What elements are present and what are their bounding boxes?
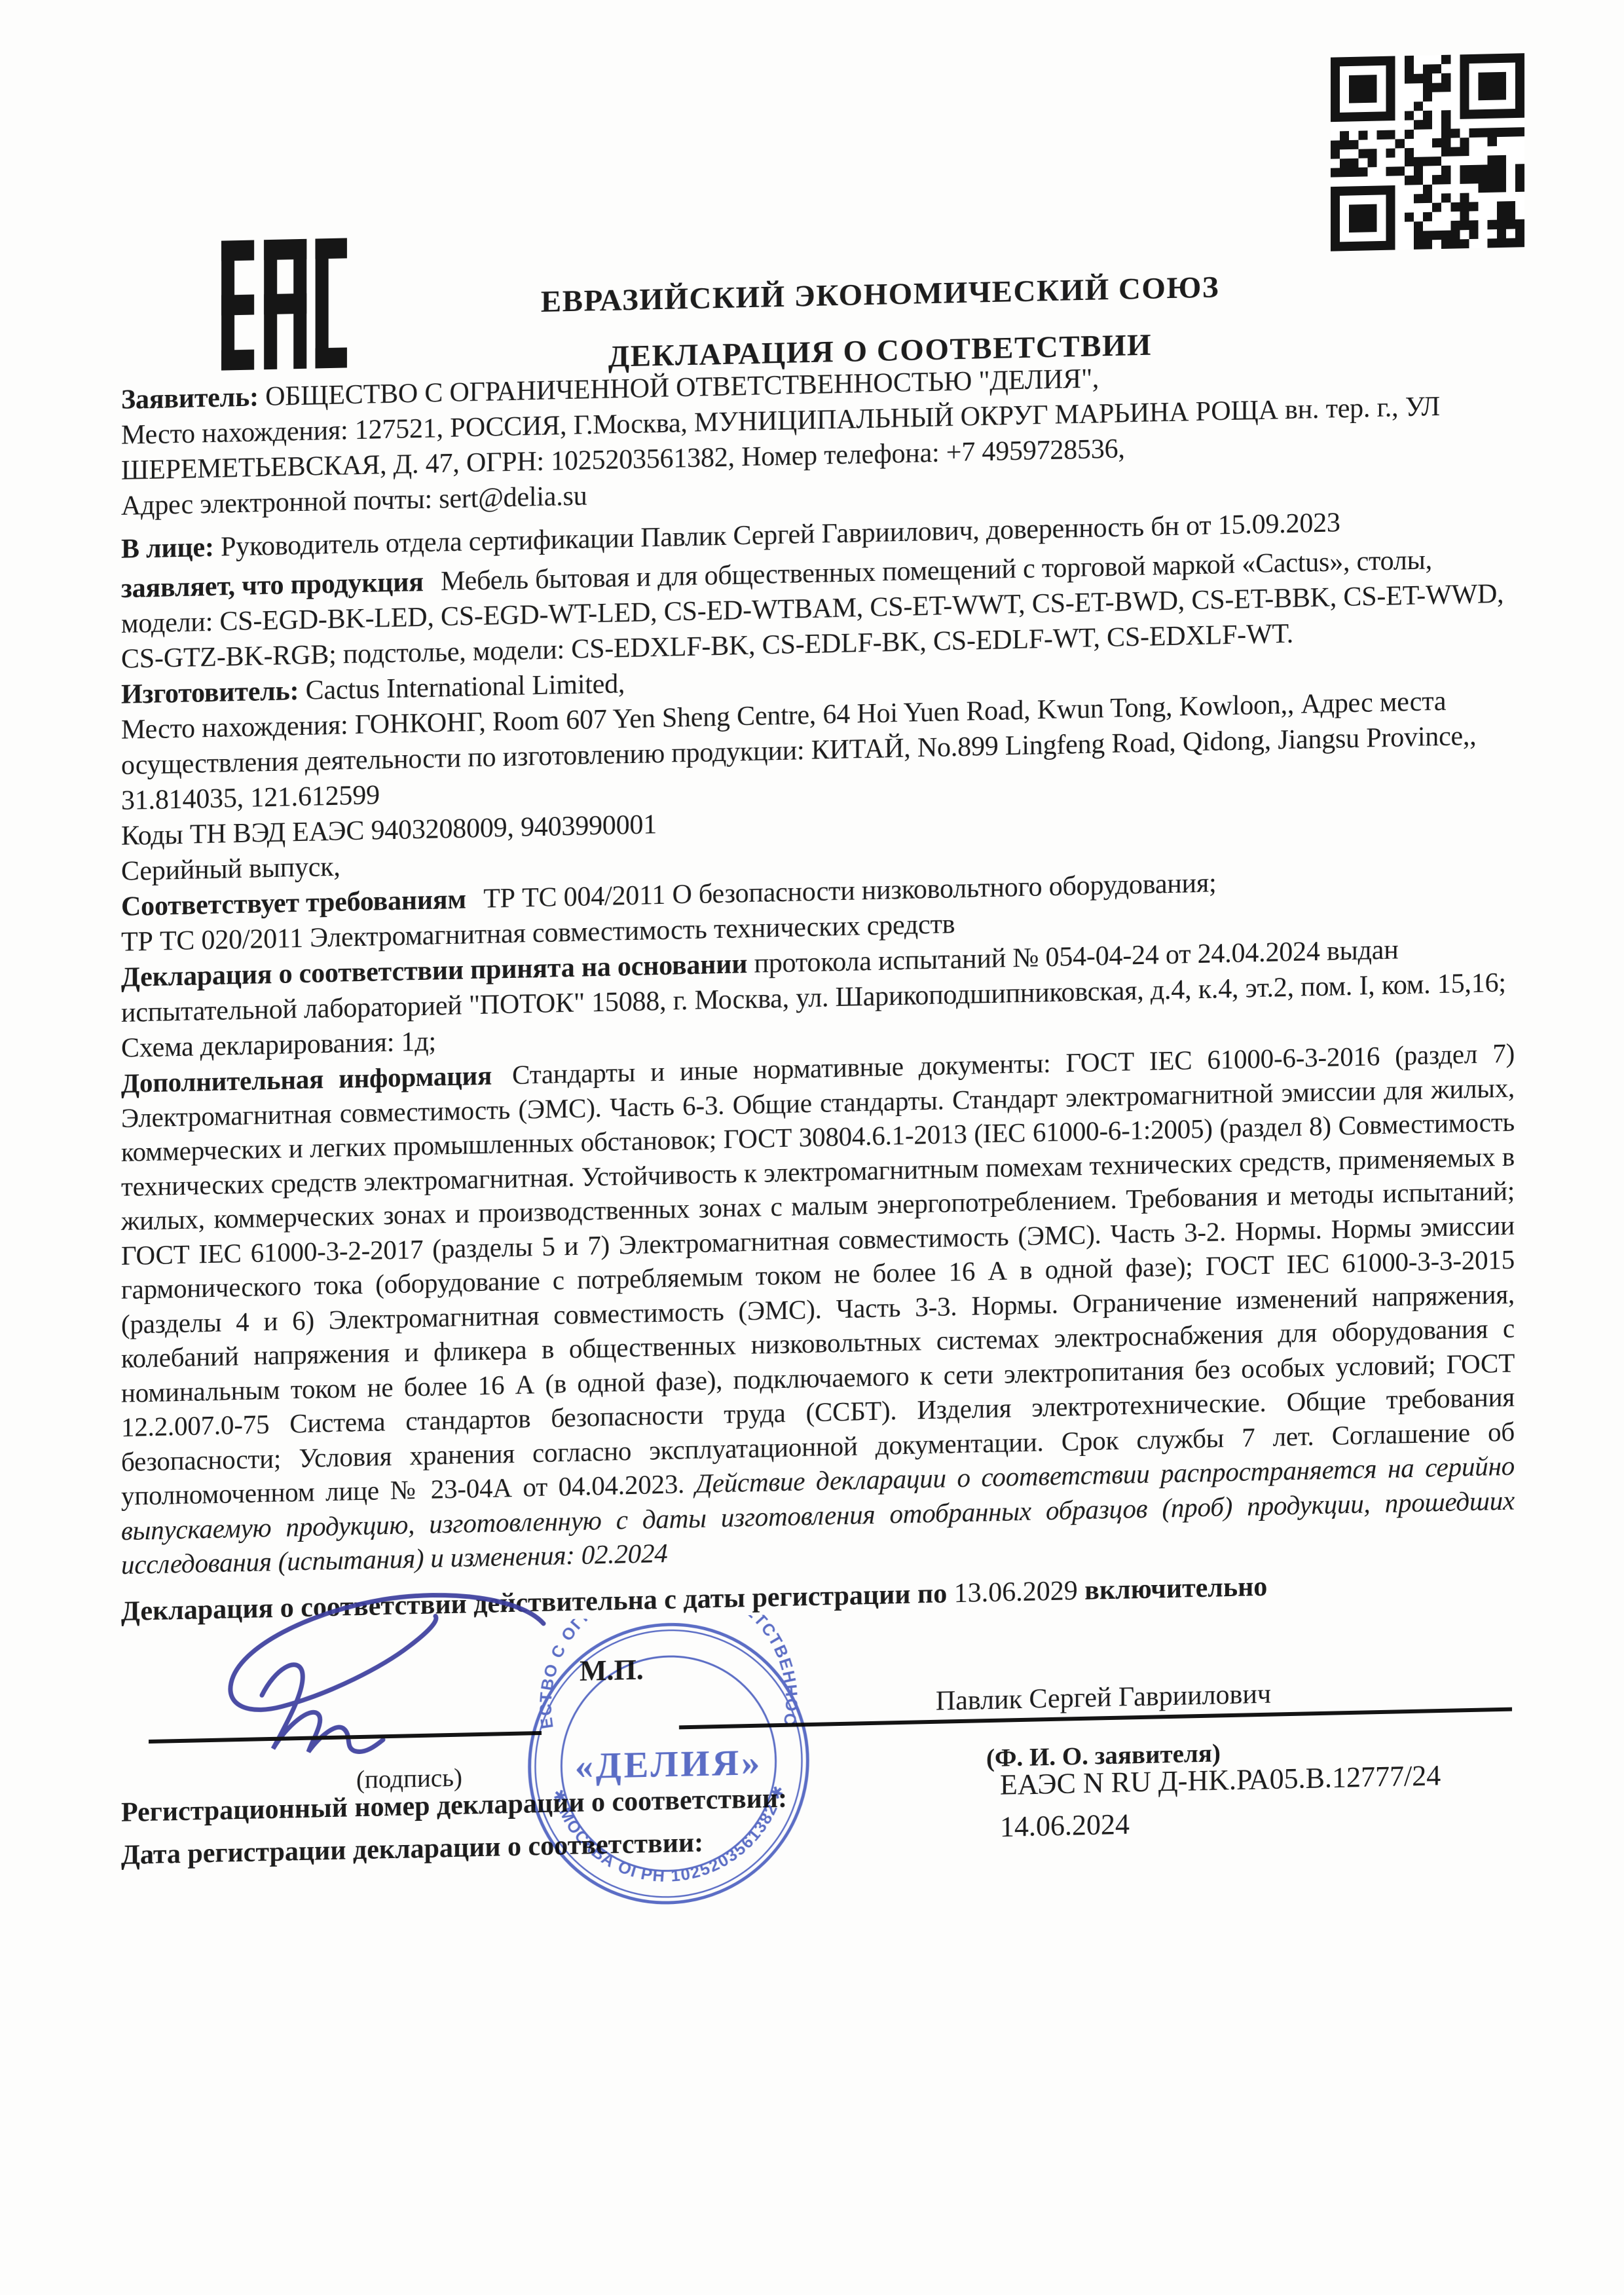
union-title: ЕВРАЗИЙСКИЙ ЭКОНОМИЧЕСКИЙ СОЮЗ <box>183 261 1577 327</box>
representative-label: В лице: <box>121 532 214 565</box>
signature-zone: М.П. (подпись) Павлик Сергей Гавриилович… <box>121 1582 1515 2031</box>
company-stamp: ОБЩЕСТВО С ОГРАНИЧЕННОЙ ОТВЕТСТВЕННОСТЬЮ… <box>522 1614 815 1914</box>
manufacturer-label: Изготовитель: <box>121 676 299 710</box>
manufacturer-name: Cactus International Limited, <box>306 669 625 706</box>
registration-date-value: 14.06.2024 <box>1000 1807 1130 1843</box>
document-body: Заявитель: ОБЩЕСТВО С ОГРАНИЧЕННОЙ ОТВЕТ… <box>121 352 1515 1582</box>
compliance-label: Соответствует требованиям <box>121 884 466 922</box>
additional-label: Дополнительная информация <box>121 1060 492 1098</box>
additional-text: Стандарты и иные нормативные документы: … <box>121 1038 1515 1511</box>
eac-declaration-document: ЕВРАЗИЙСКИЙ ЭКОНОМИЧЕСКИЙ СОЮЗ ДЕКЛАРАЦИ… <box>0 0 1624 2295</box>
stamp-center-text: «ДЕЛИЯ» <box>575 1742 762 1787</box>
applicant-label: Заявитель: <box>121 382 259 415</box>
additional-info: Дополнительная информация Стандарты и ин… <box>121 1036 1515 1582</box>
product-label: заявляет, что продукция <box>121 567 424 604</box>
qr-code <box>1331 53 1524 251</box>
scan-layer: ЕВРАЗИЙСКИЙ ЭКОНОМИЧЕСКИЙ СОЮЗ ДЕКЛАРАЦИ… <box>0 0 1624 2295</box>
declarant-name: Павлик Сергей Гавриилович <box>887 1677 1319 1718</box>
